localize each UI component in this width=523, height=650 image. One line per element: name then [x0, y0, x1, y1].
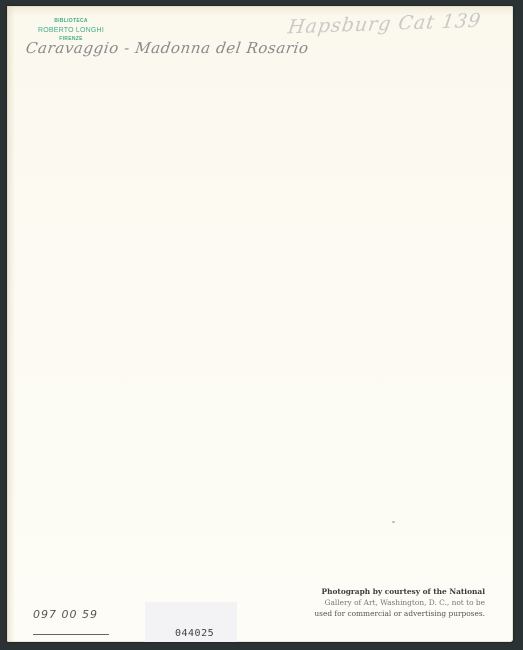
handwritten-catalog-reference: Hapsburg Cat 139 [287, 10, 483, 39]
courtesy-line2: Gallery of Art, Washington, D. C., not t… [295, 597, 485, 608]
courtesy-line1: Photograph by courtesy of the National [295, 586, 485, 597]
courtesy-stamp: Photograph by courtesy of the National G… [295, 586, 485, 619]
library-stamp-line2: ROBERTO LONGHI [27, 26, 115, 35]
inventory-number: 097 00 59 [33, 608, 98, 621]
photo-card-back: BIBLIOTECA ROBERTO LONGHI FIRENZE Carava… [7, 6, 513, 642]
handwritten-title: Caravaggio - Madonna del Rosario [25, 39, 310, 57]
inventory-underline [33, 634, 109, 635]
courtesy-line3: used for commercial or advertising purpo… [295, 608, 485, 619]
barcode-number: 044025 [175, 628, 214, 639]
paper-speck [392, 521, 395, 523]
barcode-label: 044025 [145, 602, 237, 642]
barcode-icon [172, 604, 228, 629]
library-stamp-line1: BIBLIOTECA [27, 17, 115, 26]
